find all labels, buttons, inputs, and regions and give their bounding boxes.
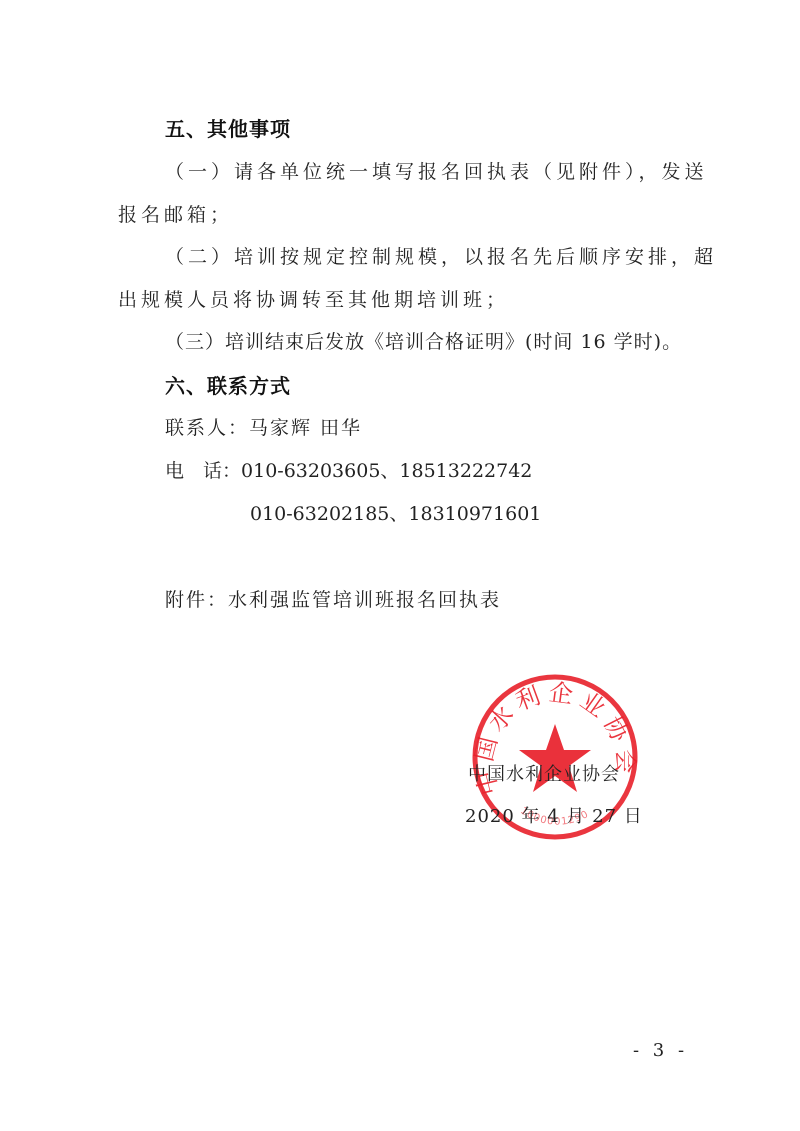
signature-org: 中国水利企业协会 bbox=[468, 760, 620, 786]
item1-line1: （一）请各单位统一填写报名回执表（见附件），发送 bbox=[165, 157, 708, 184]
phone-label: 电 话： bbox=[165, 460, 241, 482]
phone-numbers-1: 010-63203605、18513222742 bbox=[241, 460, 532, 482]
page-number: - 3 - bbox=[633, 1040, 688, 1061]
section5-heading: 五、其他事项 bbox=[165, 113, 291, 142]
contact-persons: 联系人：马家辉 田华 bbox=[165, 413, 362, 440]
section6-heading: 六、联系方式 bbox=[165, 370, 291, 399]
item3: （三）培训结束后发放《培训合格证明》(时间 16 学时)。 bbox=[165, 327, 682, 354]
item2-line2: 出规模人员将协调转至其他期培训班； bbox=[118, 285, 509, 312]
signature-date: 2020 年 4 月 27 日 bbox=[465, 802, 643, 828]
attachment-note: 附件：水利强监管培训班报名回执表 bbox=[165, 585, 501, 612]
phone-numbers-2: 010-63202185、18310971601 bbox=[250, 499, 541, 526]
item2-line1: （二）培训按规定控制规模，以报名先后顺序安排，超 bbox=[165, 242, 717, 269]
phone-row-1: 电 话：010-63203605、18513222742 bbox=[165, 456, 532, 483]
item1-line2: 报名邮箱； bbox=[118, 200, 233, 227]
